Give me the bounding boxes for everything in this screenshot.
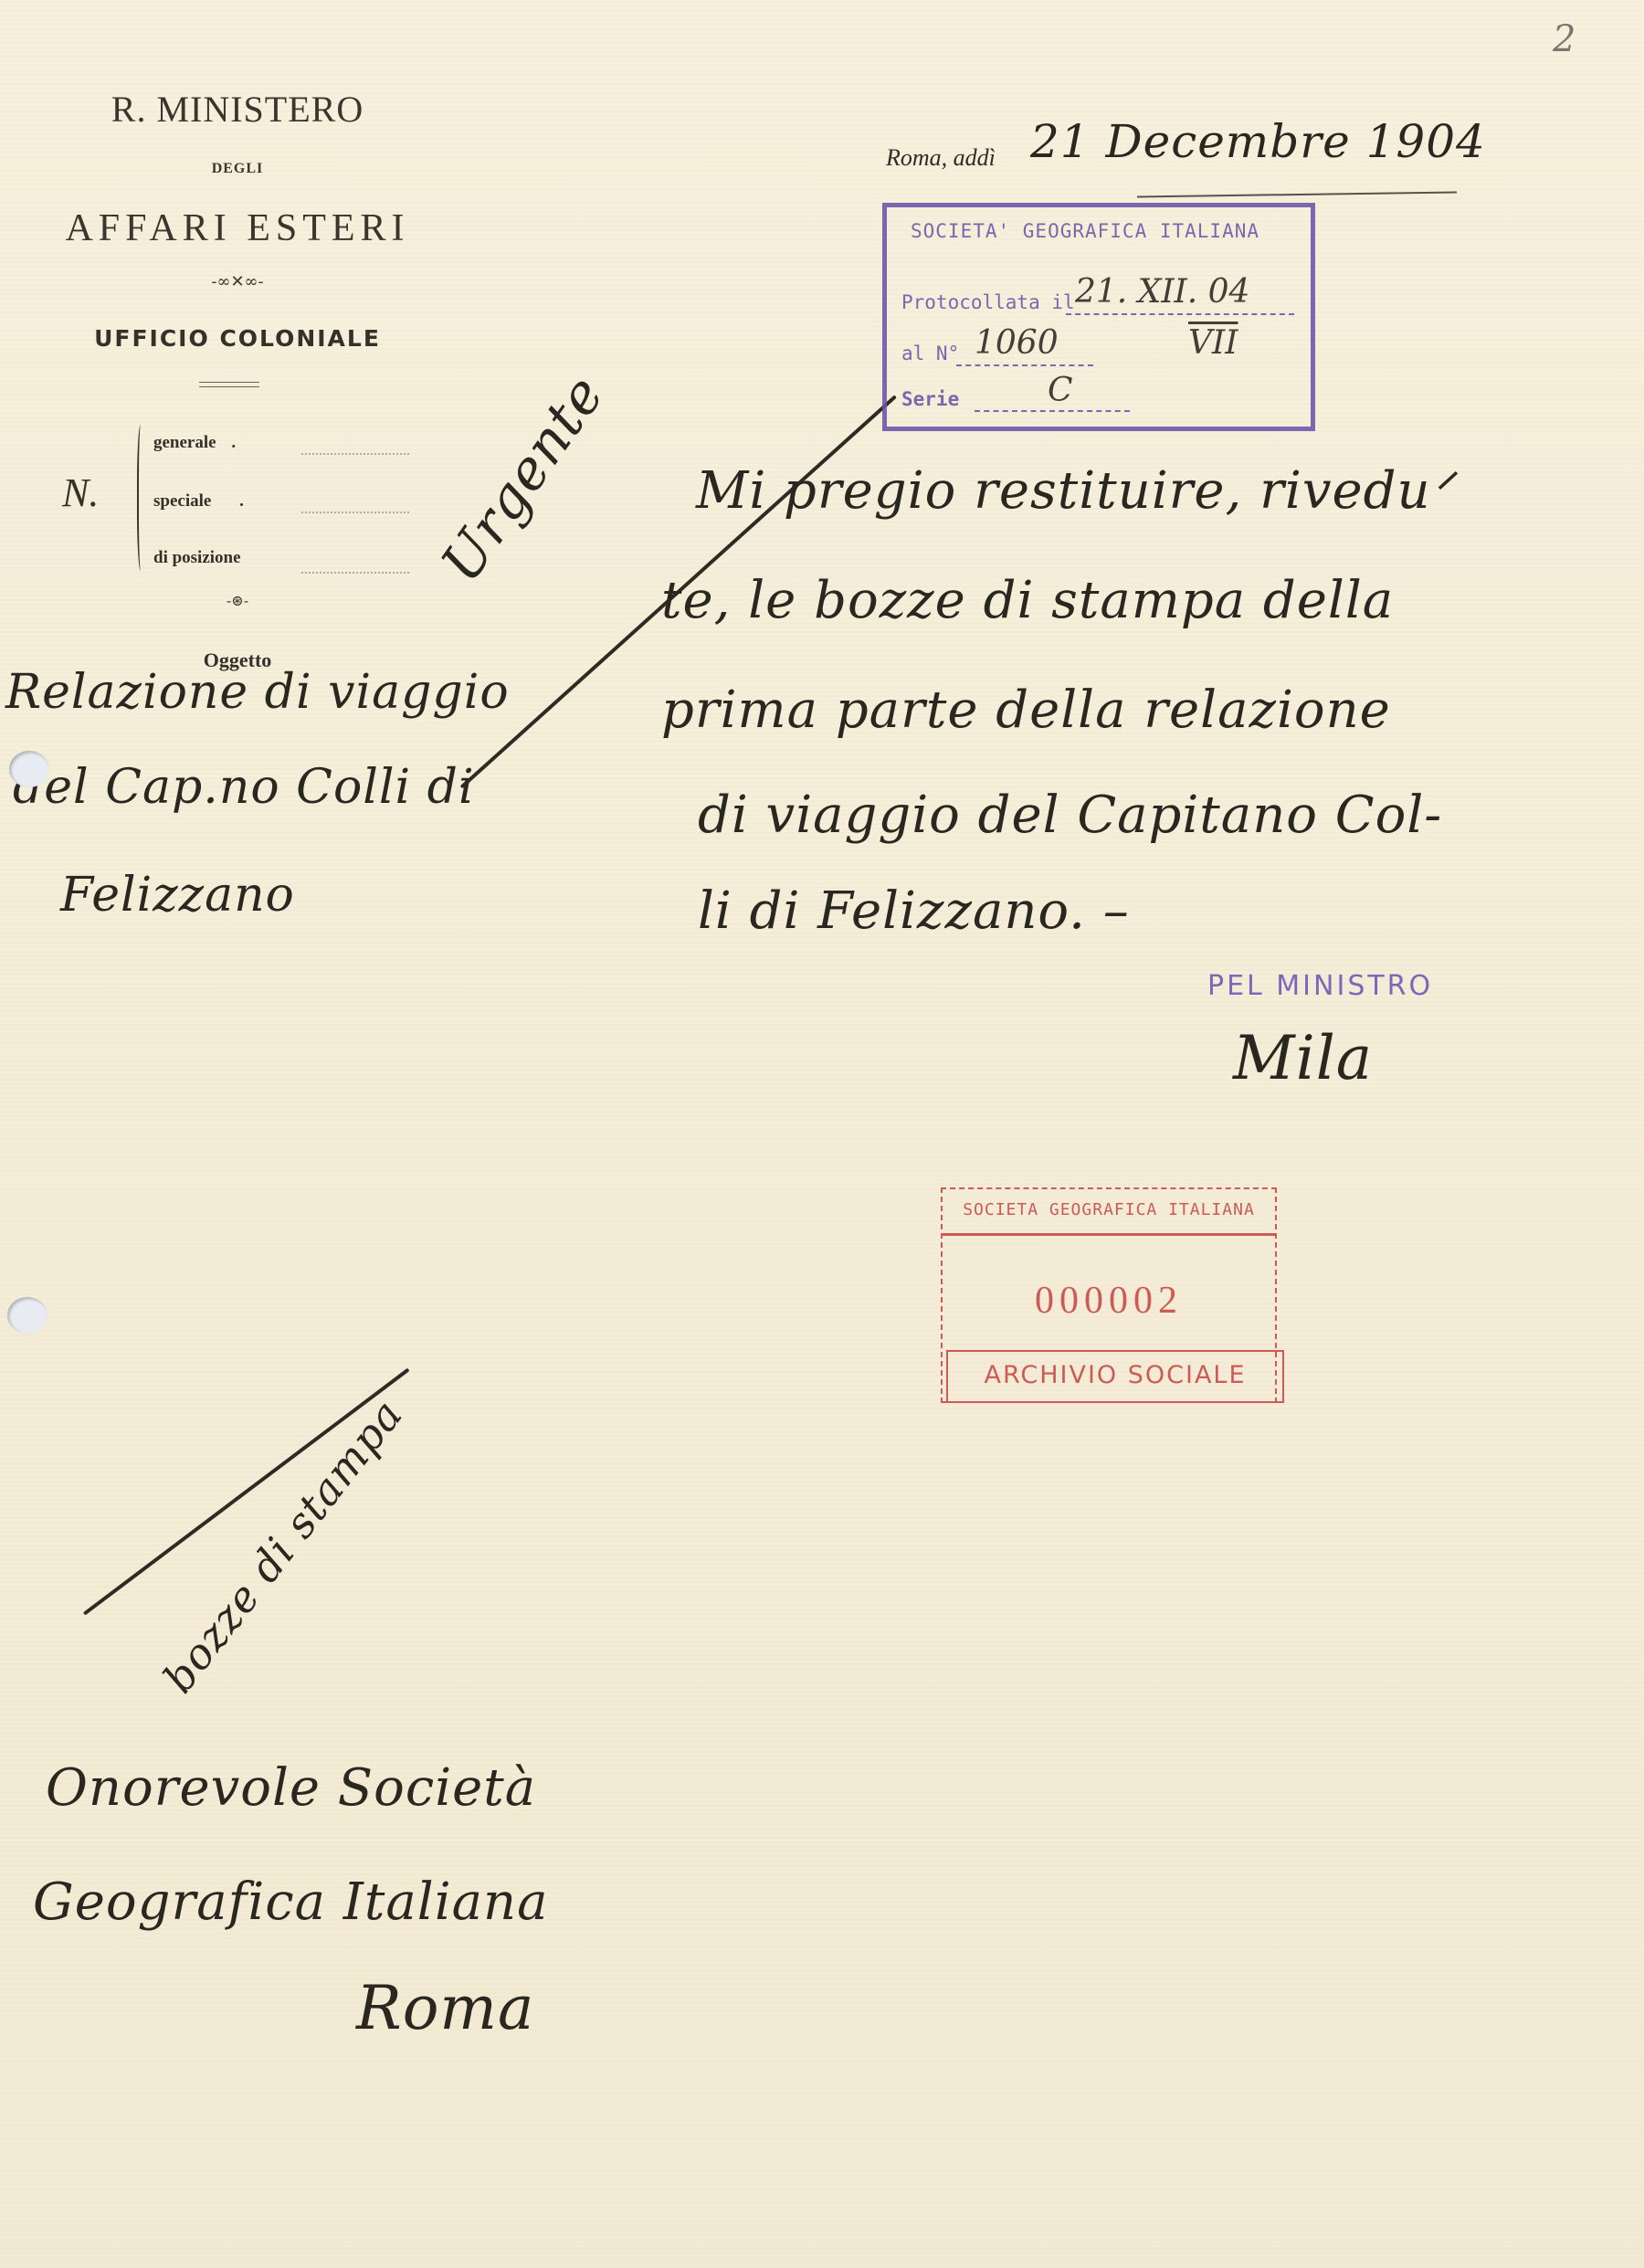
addressee-line-2: Geografica Italiana [33,1872,548,1932]
field-label: di posizione [153,548,241,567]
field-dot: . [239,491,244,511]
number-field-speciale: speciale . [153,491,244,512]
pel-ministro-stamp: PEL MINISTRO [1207,970,1433,1002]
letterhead-office: UFFICIO COLONIALE [0,325,475,352]
date-prefix: Roma, addì [886,144,996,172]
number-field-posizione: di posizione [153,548,241,568]
protocol-number-label: al N° [901,343,959,364]
subject-line-1: Relazione di viaggio [5,665,510,720]
letterhead-ministry: R. MINISTERO [0,88,475,131]
punch-hole-top [9,751,49,787]
signature: Mila [1233,1023,1373,1093]
addressee-line-3: Roma [356,1973,534,2043]
body-line-4: di viaggio del Capitano Col- [698,786,1442,845]
protocol-series-value: C [1048,372,1073,409]
addressee-line-1: Onorevole Società [46,1758,536,1818]
number-field-generale-line [301,453,409,455]
body-line-3: prima parte della relazione [661,680,1391,740]
subject-line-3: Felizzano [60,868,295,923]
subject-line-2: del Cap.no Colli di [13,760,475,815]
page-number: 2 [1553,18,1576,60]
protocol-date-label: Protocollata il [901,291,1075,313]
archive-stamp: SOCIETA GEOGRAFICA ITALIANA 000002 ARCHI… [941,1187,1277,1403]
protocol-series-label: Serie [901,388,959,410]
number-field-speciale-line [301,512,409,513]
date-handwritten: 21 Decembre 1904 [1030,115,1486,168]
number-label: N. [62,469,99,516]
ornament-icon: -∞✕∞- [0,272,475,291]
body-line-5: li di Felizzano. – [698,881,1130,941]
number-field-posizione-line [301,572,409,574]
protocol-number-line [956,364,1093,366]
protocol-class-value: VII [1188,324,1238,362]
field-label: speciale [153,491,211,511]
double-rule-divider [199,382,259,387]
field-label: generale [153,433,216,452]
protocol-date-line [1066,313,1294,315]
letterhead-degli: DEGLI [0,161,475,177]
archive-stamp-footer: ARCHIVIO SOCIALE [946,1350,1284,1403]
number-field-generale: generale . [153,433,236,453]
body-line-2: te, le bozze di stampa della [661,571,1394,630]
protocol-stamp-header: SOCIETA' GEOGRAFICA ITALIANA [911,220,1259,242]
ornament-small-icon: -⊛- [0,592,475,609]
body-line-1: Mi pregio restituire, riveduᐟ [696,461,1453,521]
letterhead-affari-esteri: AFFARI ESTERI [0,206,475,250]
protocol-series-line [975,410,1130,412]
archive-stamp-number: 000002 [941,1279,1277,1323]
protocol-date-value: 21. XII. 04 [1075,273,1249,311]
protocol-stamp: SOCIETA' GEOGRAFICA ITALIANA Protocollat… [882,203,1315,431]
brace-icon [137,425,146,571]
archive-stamp-header: SOCIETA GEOGRAFICA ITALIANA [941,1187,1277,1236]
protocol-number-value: 1060 [975,324,1059,362]
field-dot: . [231,433,236,452]
punch-hole-bottom [7,1297,47,1334]
